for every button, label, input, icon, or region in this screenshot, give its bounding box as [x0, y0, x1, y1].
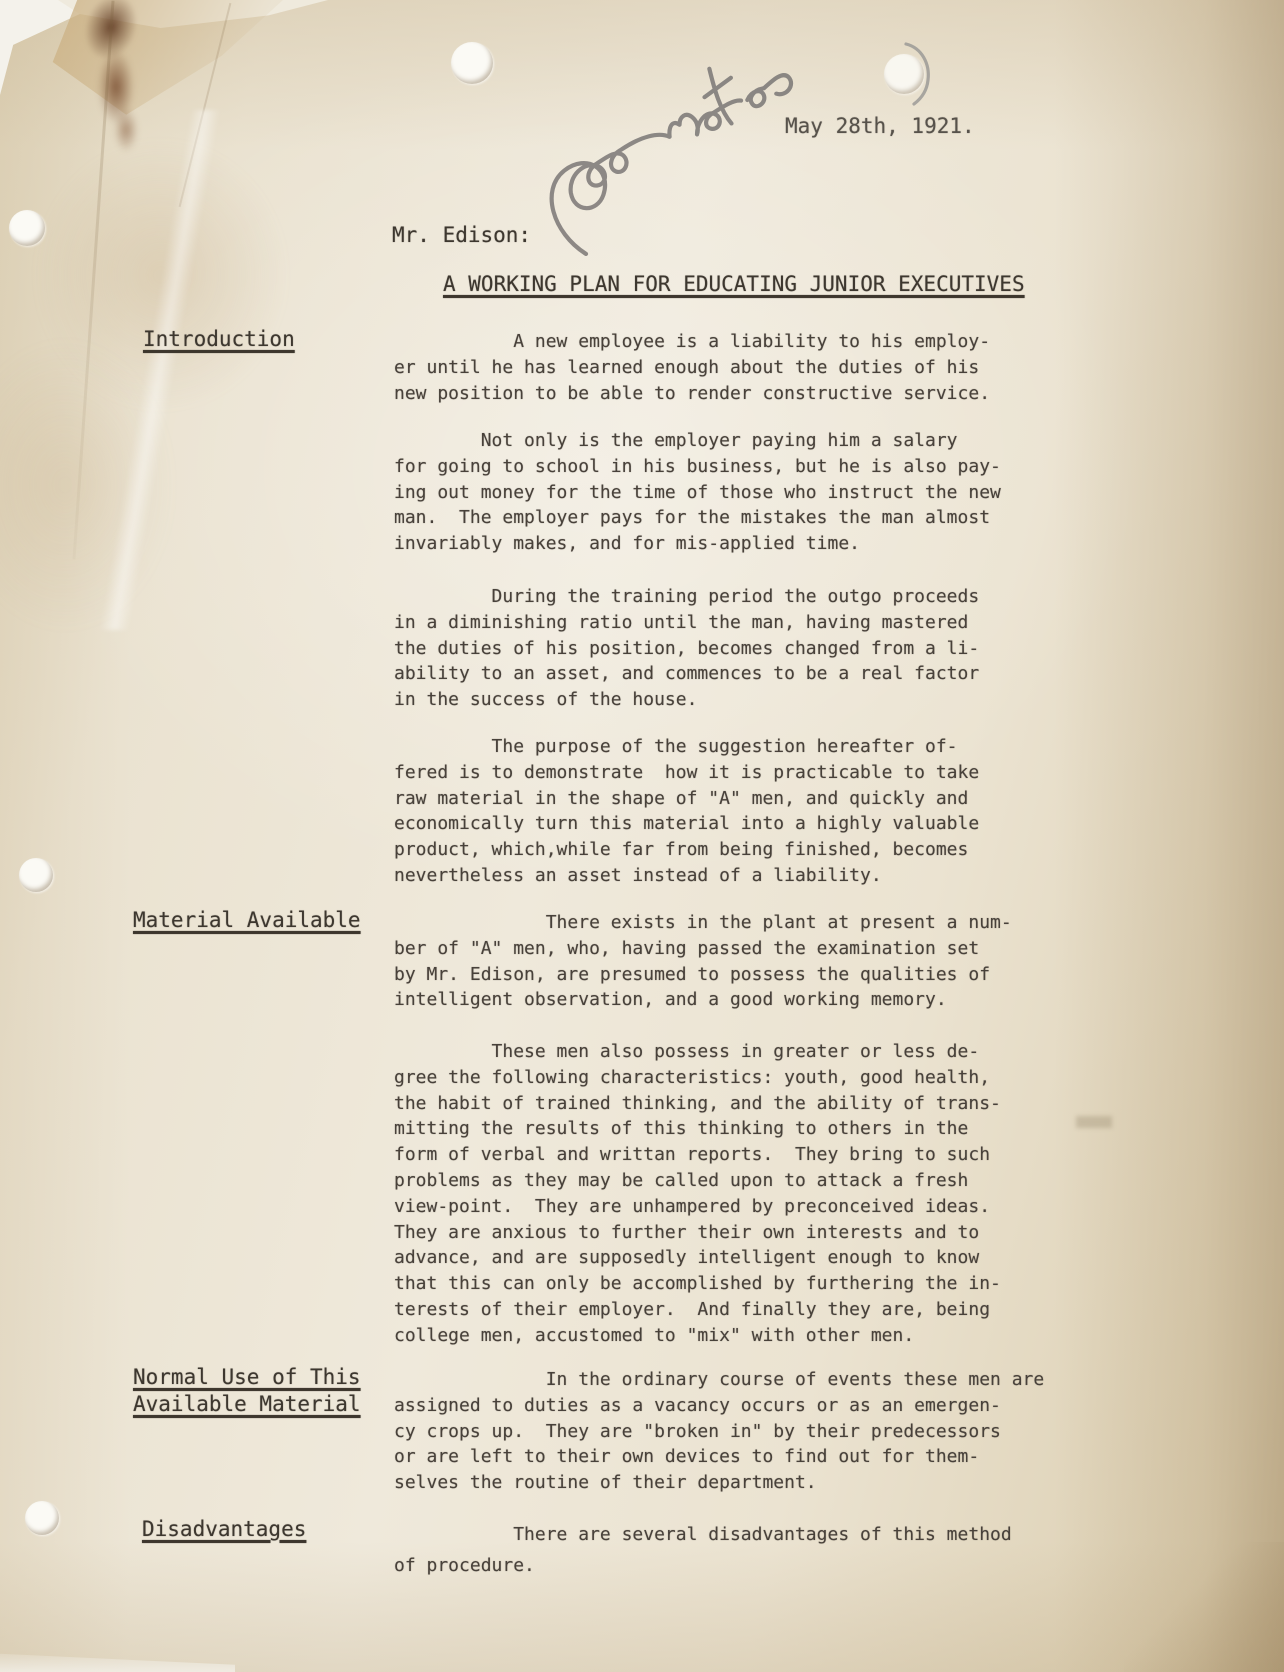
section-heading-normal-use: Normal Use of This Available Material: [133, 1364, 361, 1418]
paper-wrinkle: [55, 110, 265, 630]
corner-fold-stain: [38, 0, 283, 155]
paragraph: A new employee is a liability to his emp…: [394, 329, 990, 406]
paragraph: There are several disadvantages of this …: [394, 1519, 1012, 1581]
paper-shade-left: [0, 0, 130, 1672]
punch-hole: [451, 42, 493, 84]
torn-corner: [0, 0, 110, 132]
ink-stain: [114, 108, 138, 152]
scanned-page: See notes May 28th, 1921. Mr. Edison: A …: [0, 0, 1284, 1672]
paper-blotch: [0, 330, 180, 640]
paper-corner-shadow: [1124, 1542, 1284, 1672]
pencil-arc-mark: [878, 38, 948, 110]
document-date: May 28th, 1921.: [785, 113, 975, 139]
ink-stain: [98, 50, 134, 124]
paragraph: These men also possess in greater or les…: [394, 1039, 1001, 1349]
paragraph: In the ordinary course of events these m…: [394, 1367, 1044, 1496]
punch-hole: [19, 858, 53, 892]
ink-stain: [77, 0, 145, 66]
paragraph: During the training period the outgo pro…: [394, 584, 979, 713]
paper-crease: [179, 3, 232, 207]
paragraph: Not only is the employer paying him a sa…: [394, 428, 1001, 557]
paragraph: There exists in the plant at present a n…: [394, 910, 1012, 1013]
paper-bottom-edge: [0, 1646, 235, 1672]
paper-crease: [72, 1, 114, 560]
section-heading-disadvantages: Disadvantages: [142, 1516, 306, 1542]
paper-shade-right: [1054, 0, 1284, 1672]
section-heading-material-available: Material Available: [133, 907, 361, 933]
document-title: A WORKING PLAN FOR EDUCATING JUNIOR EXEC…: [443, 271, 1025, 297]
paragraph: The purpose of the suggestion hereafter …: [394, 734, 979, 889]
faint-smudge: [1076, 1116, 1112, 1128]
recipient-line: Mr. Edison:: [392, 222, 531, 248]
torn-top-edge: [58, 0, 328, 28]
punch-hole: [9, 210, 45, 246]
punch-hole: [25, 1501, 59, 1535]
section-heading-introduction: Introduction: [143, 326, 295, 352]
paper-blotch: [26, 130, 296, 420]
